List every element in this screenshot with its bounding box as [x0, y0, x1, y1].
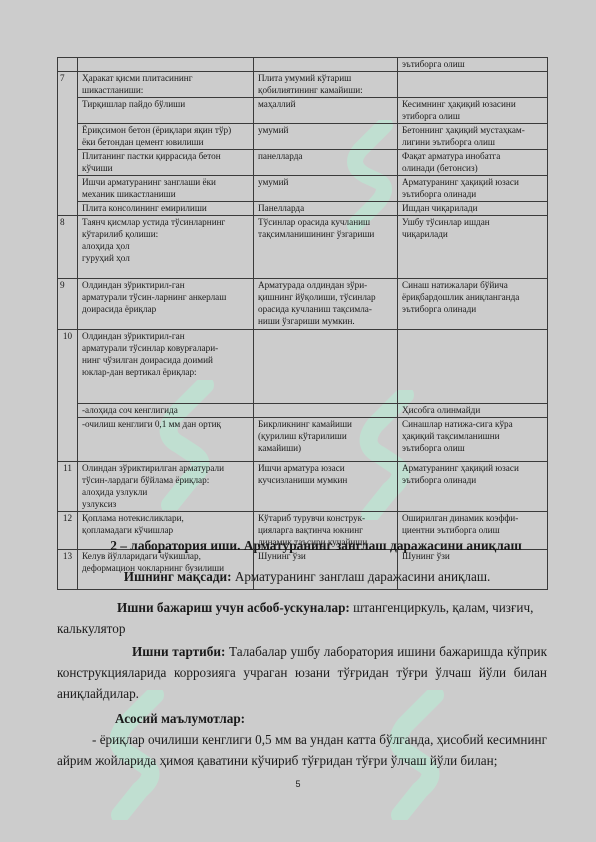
defect-cell: Олиндан зўриктирилган арматуралитўсин-ла…	[78, 462, 254, 512]
action-cell: Ишдан чиқарилади	[398, 202, 548, 216]
row-number-cell	[58, 58, 78, 72]
basic-info-label: Асосий маълумотлар:	[115, 711, 245, 726]
cell-line: Ишчи арматура юзаси	[258, 462, 393, 474]
consequence-cell: Ишчи арматура юзасикучсизланиши мумкин	[254, 462, 398, 512]
consequence-cell: Панелларда	[254, 202, 398, 216]
row-number-cell: 9	[58, 279, 78, 330]
cell-line	[402, 330, 543, 342]
defects-table-body: эътиборга олиш7Ҳаракат қисми плитасининг…	[58, 58, 548, 590]
cell-line: ёриқбардошлик аниқланганда	[402, 291, 543, 303]
cell-line: кўтарилиб қолиши:	[82, 228, 249, 240]
cell-line	[258, 404, 393, 416]
action-cell: Кесимнинг ҳақиқий юзасиниэтиборга олиш	[398, 98, 548, 124]
table-row: -очилиш кенглиги 0,1 мм дан ортиқ Бикрли…	[58, 418, 548, 462]
tools-paragraph: Ишни бажариш учун асбоб-ускуналар: штанг…	[57, 597, 547, 639]
cell-line: ниши ўзгариши мумкин.	[258, 315, 393, 327]
action-cell: Ҳисобга олинмайди	[398, 404, 548, 418]
cell-line: қишнинг йўқолиши, тўсинлар	[258, 291, 393, 303]
cell-line	[402, 72, 543, 84]
action-cell: Бетоннинг ҳақиқий мустаҳкам-лигини эътиб…	[398, 124, 548, 150]
action-cell: эътиборга олиш	[398, 58, 548, 72]
cell-line: лигини эътиборга олиш	[402, 136, 543, 148]
cell-line: Ёриқсимон бетон (ёриқлари яқин тўр)	[82, 124, 249, 136]
table-row: 11 Олиндан зўриктирилган арматуралитўсин…	[58, 462, 548, 512]
consequence-cell: Бикрликнинг камайиши(қурилиш кўтарилишик…	[254, 418, 398, 462]
procedure-label: Ишни тартиби:	[132, 644, 225, 659]
row-number-cell: 11	[58, 462, 78, 512]
cell-line: Тўсинлар орасида кучланиш	[258, 216, 393, 228]
cell-line: Синаш натижалари бўйича	[402, 279, 543, 291]
cell-line: Олдиндан зўриктирил-ган	[82, 330, 249, 342]
cell-line: тўсин-лардаги бўйлама ёриқлар:	[82, 474, 249, 486]
cell-line: алоҳида узлукли	[82, 486, 249, 498]
table-row: эътиборга олиш	[58, 58, 548, 72]
row-number-cell: 10	[58, 330, 78, 462]
table-row: 10 Олдиндан зўриктирил-ганарматурали тўс…	[58, 330, 548, 404]
cell-line: Таянч қисмлар устида тўсинларнинг	[82, 216, 249, 228]
defect-cell: Ёриқсимон бетон (ёриқлари яқин тўр)ёки б…	[78, 124, 254, 150]
cell-line: Ҳисобга олинмайди	[402, 404, 543, 416]
defects-table: эътиборга олиш7Ҳаракат қисми плитасининг…	[57, 57, 548, 590]
cell-line	[258, 58, 393, 70]
action-cell: Фақат арматура инобатгаолинади (бетонсиз…	[398, 150, 548, 176]
cell-line: ёки бетондан цемент ювилиши	[82, 136, 249, 148]
cell-line: нинг чўзилган доирасида доимий	[82, 354, 249, 366]
cell-line: эътиборга олинади	[402, 188, 543, 200]
bullet-paragraph: - ёриқлар очилиши кенглиги 0,5 мм ва унд…	[57, 729, 547, 771]
defect-cell: -алоҳида соч кенглигида	[78, 404, 254, 418]
row-number-cell: 8	[58, 216, 78, 279]
cell-line: эътиборга олиш	[402, 442, 543, 454]
cell-line: механик шикастланиши	[82, 188, 249, 200]
cell-line: -очилиш кенглиги 0,1 мм дан ортиқ	[82, 418, 249, 430]
cell-line: Плита умумий кўтариш	[258, 72, 393, 84]
cell-line: циентни эътиборга олиш	[402, 524, 543, 536]
cell-line: юклар-дан вертикал ёриқлар:	[82, 366, 249, 378]
table-row: Ёриқсимон бетон (ёриқлари яқин тўр)ёки б…	[58, 124, 548, 150]
cell-line: қопламадаги кўчишлар	[82, 524, 249, 536]
defect-cell: Плитанинг пастки қиррасида бетонкўчиши	[78, 150, 254, 176]
cell-line: Ишчи арматуранинг занглаши ёки	[82, 176, 249, 188]
consequence-cell	[254, 330, 398, 404]
cell-line: Тирқишлар пайдо бўлиши	[82, 98, 249, 110]
cell-line: (қурилиш кўтарилиши	[258, 430, 393, 442]
consequence-cell: панелларда	[254, 150, 398, 176]
table-row: Тирқишлар пайдо бўлишимаҳаллийКесимнинг …	[58, 98, 548, 124]
cell-line: Оширилган динамик коэффи-	[402, 512, 543, 524]
cell-line: ҳақиқий тақсимланишни	[402, 430, 543, 442]
table-row: Плитанинг пастки қиррасида бетонкўчишипа…	[58, 150, 548, 176]
cell-line: Олиндан зўриктирилган арматурали	[82, 462, 249, 474]
consequence-cell: Плита умумий кўтаришқобилиятининг камайи…	[254, 72, 398, 98]
cell-line: Ишдан чиқарилади	[402, 202, 543, 214]
cell-line: эътиборга олиш	[402, 58, 543, 70]
defect-cell: Плита консолининг емирилиши	[78, 202, 254, 216]
row-number-cell: 7	[58, 72, 78, 216]
cell-line: камайиши)	[258, 442, 393, 454]
purpose-paragraph: Ишнинг мақсади: Арматуранинг занглаш дар…	[57, 566, 547, 587]
defect-cell: Таянч қисмлар устида тўсинларнингкўтарил…	[78, 216, 254, 279]
consequence-cell	[254, 404, 398, 418]
cell-line: доирасида ёриқлар	[82, 303, 249, 315]
lab-work-heading: 2 – лаборатория иши. Арматуранинг зангла…	[57, 538, 547, 554]
cell-line: Кесимнинг ҳақиқий юзасини	[402, 98, 543, 110]
cell-line: Панелларда	[258, 202, 393, 214]
basic-info-heading: Асосий маълумотлар:	[57, 708, 547, 729]
cell-line: Бетоннинг ҳақиқий мустаҳкам-	[402, 124, 543, 136]
consequence-cell: Тўсинлар орасида кучлаништақсимланишинин…	[254, 216, 398, 279]
defect-cell: Ҳаракат қисми плитасинингшикастланиши:	[78, 72, 254, 98]
cell-line: панелларда	[258, 150, 393, 162]
table-row: Ишчи арматуранинг занглаши ёкимеханик ши…	[58, 176, 548, 202]
action-cell: Синашлар натижа-сига кўраҳақиқий тақсимл…	[398, 418, 548, 462]
cell-line: шикастланиши:	[82, 84, 249, 96]
cell-line: эътиборга олинади	[402, 303, 543, 315]
cell-line	[82, 58, 249, 70]
cell-line: тақсимланишининг ўзгариши	[258, 228, 393, 240]
cell-line: қобилиятининг камайиши:	[258, 84, 393, 96]
defect-cell	[78, 58, 254, 72]
cell-line: алоҳида ҳол	[82, 240, 249, 252]
cell-line: этиборга олиш	[402, 110, 543, 122]
tools-label: Ишни бажариш учун асбоб-ускуналар:	[117, 600, 350, 615]
page-number: 5	[0, 779, 596, 789]
action-cell	[398, 330, 548, 404]
purpose-label: Ишнинг мақсади:	[124, 569, 232, 584]
defect-cell: -очилиш кенглиги 0,1 мм дан ортиқ	[78, 418, 254, 462]
cell-line: Фақат арматура инобатга	[402, 150, 543, 162]
cell-line: Бикрликнинг камайиши	[258, 418, 393, 430]
cell-line: Плитанинг пастки қиррасида бетон	[82, 150, 249, 162]
cell-line: Кўтариб турувчи конструк-	[258, 512, 393, 524]
cell-line: умумий	[258, 176, 393, 188]
cell-line: орасида кучланиш тақсимла-	[258, 303, 393, 315]
defect-cell: Олдиндан зўриктирил-ганарматурали тўсин-…	[78, 279, 254, 330]
cell-line: Арматуранинг ҳақиқий юзаси	[402, 462, 543, 474]
cell-line: маҳаллий	[258, 98, 393, 110]
cell-line: Қоплама нотекисликлари,	[82, 512, 249, 524]
action-cell: Арматуранинг ҳақиқий юзасиэътиборга олин…	[398, 176, 548, 202]
table-row: -алоҳида соч кенглигида Ҳисобга олинмайд…	[58, 404, 548, 418]
cell-line: чиқарилади	[402, 228, 543, 240]
cell-line: Плита консолининг емирилиши	[82, 202, 249, 214]
procedure-paragraph: Ишни тартиби: Талабалар ушбу лаборатория…	[57, 641, 547, 704]
consequence-cell: умумий	[254, 176, 398, 202]
consequence-cell	[254, 58, 398, 72]
table-row: 9 Олдиндан зўриктирил-ганарматурали тўси…	[58, 279, 548, 330]
cell-line	[258, 330, 393, 342]
cell-line: арматурали тўсин-ларнинг анкерлаш	[82, 291, 249, 303]
procedure-text: Талабалар ушбу лаборатория ишини бажариш…	[57, 644, 547, 701]
cell-line: арматурали тўсинлар ковурғалари-	[82, 342, 249, 354]
cell-line: Синашлар натижа-сига кўра	[402, 418, 543, 430]
cell-line: узлуксиз	[82, 498, 249, 510]
defect-cell: Олдиндан зўриктирил-ганарматурали тўсинл…	[78, 330, 254, 404]
cell-line: -алоҳида соч кенглигида	[82, 404, 249, 416]
action-cell: Арматуранинг ҳақиқий юзасиэътиборга олин…	[398, 462, 548, 512]
cell-line: кўчиши	[82, 162, 249, 174]
cell-line: цияларга вақтинча юкнинг	[258, 524, 393, 536]
purpose-text: Арматуранинг занглаш даражасини аниқлаш.	[232, 569, 491, 584]
defect-cell: Тирқишлар пайдо бўлиши	[78, 98, 254, 124]
action-cell: Синаш натижалари бўйичаёриқбардошлик ани…	[398, 279, 548, 330]
cell-line: Олдиндан зўриктирил-ган	[82, 279, 249, 291]
action-cell	[398, 72, 548, 98]
cell-line: Ҳаракат қисми плитасининг	[82, 72, 249, 84]
cell-line: Ушбу тўсинлар ишдан	[402, 216, 543, 228]
cell-line: кучсизланиши мумкин	[258, 474, 393, 486]
table-row: 7Ҳаракат қисми плитасинингшикастланиши:П…	[58, 72, 548, 98]
cell-line: умумий	[258, 124, 393, 136]
table-row: 8Таянч қисмлар устида тўсинларнингкўтари…	[58, 216, 548, 279]
action-cell: Ушбу тўсинлар ишданчиқарилади	[398, 216, 548, 279]
cell-line: Арматурада олдиндан зўри-	[258, 279, 393, 291]
cell-line: олинади (бетонсиз)	[402, 162, 543, 174]
cell-line: гуруҳий ҳол	[82, 252, 249, 264]
consequence-cell: умумий	[254, 124, 398, 150]
cell-line: Арматуранинг ҳақиқий юзаси	[402, 176, 543, 188]
consequence-cell: Арматурада олдиндан зўри-қишнинг йўқолиш…	[254, 279, 398, 330]
consequence-cell: маҳаллий	[254, 98, 398, 124]
cell-line: эътиборга олинади	[402, 474, 543, 486]
table-row: Плита консолининг емирилишиПанеллардаИшд…	[58, 202, 548, 216]
defect-cell: Ишчи арматуранинг занглаши ёкимеханик ши…	[78, 176, 254, 202]
